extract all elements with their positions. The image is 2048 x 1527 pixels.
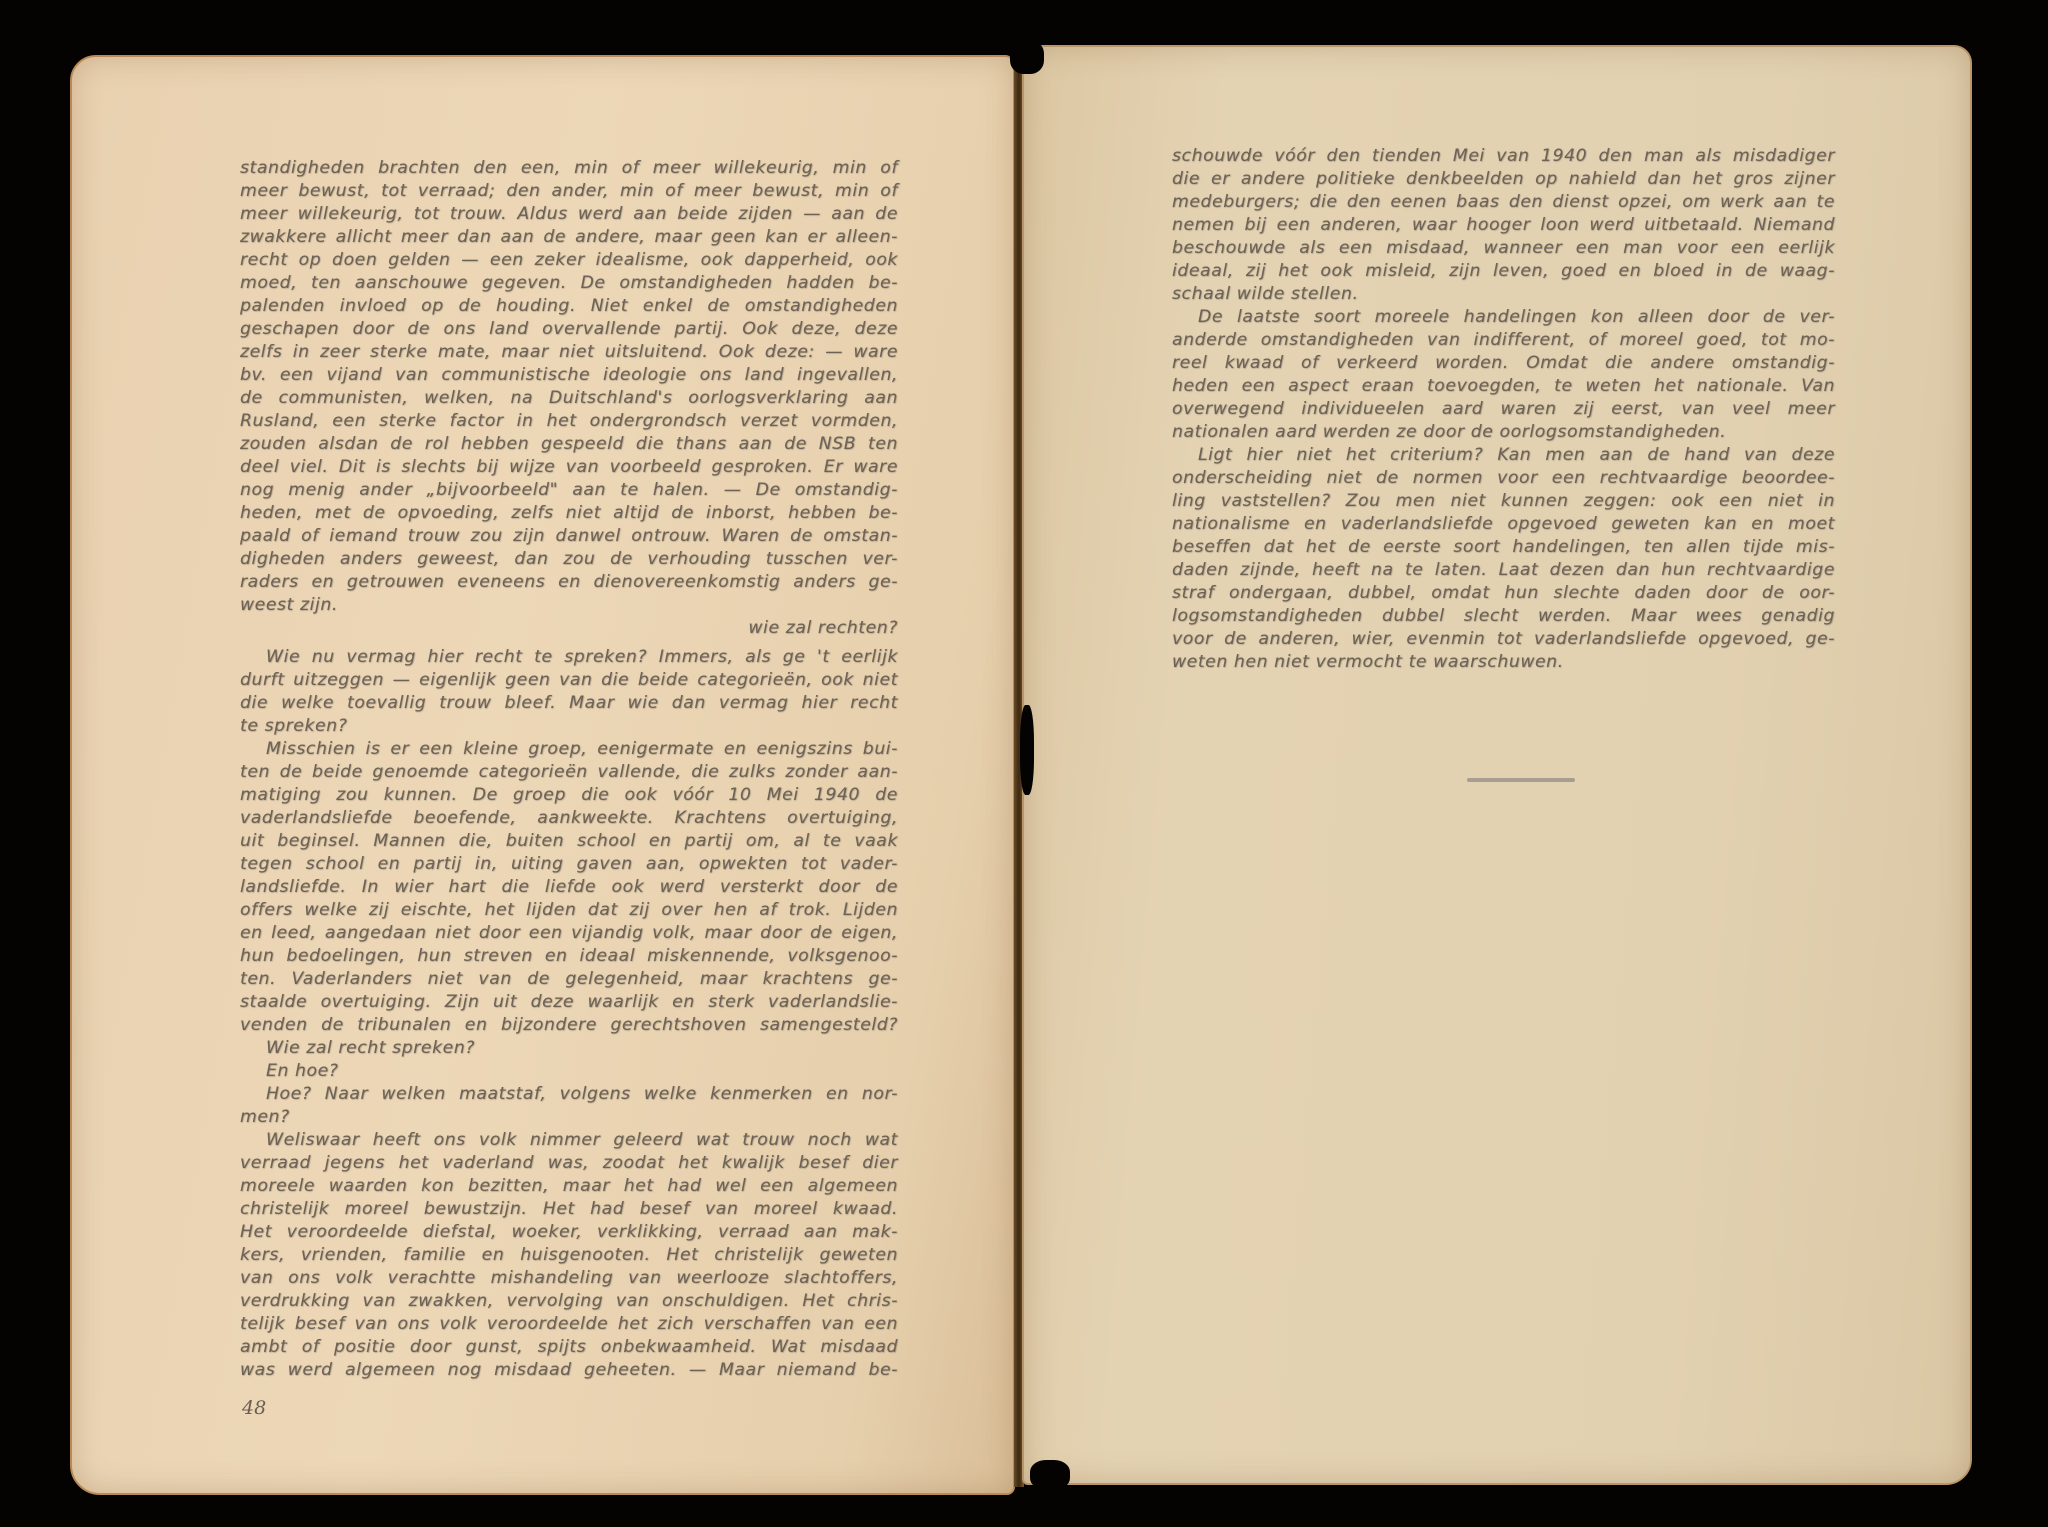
text-line: Wie zal recht spreken? [240, 1037, 898, 1060]
text-line: nog menig ander „bijvoorbeeld" aan te ha… [240, 479, 898, 502]
text-line: schouwde vóór den tienden Mei van 1940 d… [1172, 145, 1835, 168]
text-line: christelijk moreel bewustzijn. Het had b… [240, 1198, 898, 1221]
text-line: anderde omstandigheden van indifferent, … [1172, 329, 1835, 352]
text-line: venden de tribunalen en bijzondere gerec… [240, 1014, 898, 1037]
text-line: staalde overtuiging. Zijn uit deze waarl… [240, 991, 898, 1014]
text-line: reel kwaad of verkeerd worden. Omdat die… [1172, 352, 1835, 375]
text-line: Ligt hier niet het criterium? Kan men aa… [1172, 444, 1835, 467]
text-line: logsomstandigheden dubbel slecht werden.… [1172, 605, 1835, 628]
text-line: hun bedoelingen, hun streven en ideaal m… [240, 945, 898, 968]
right-page-text: schouwde vóór den tienden Mei van 1940 d… [1172, 145, 1835, 674]
text-line: moed, ten aanschouwe gegeven. De omstand… [240, 272, 898, 295]
text-line: was werd algemeen nog misdaad geheeten. … [240, 1359, 898, 1382]
text-line: meer bewust, tot verraad; den ander, min… [240, 180, 898, 203]
text-line: landsliefde. In wier hart die liefde ook… [240, 876, 898, 899]
left-page-text: standigheden brachten den een, min of me… [240, 157, 898, 1382]
page-number: 48 [242, 1397, 266, 1419]
text-line: paald of iemand trouw zou zijn danwel on… [240, 525, 898, 548]
text-line: weest zijn. [240, 594, 898, 617]
text-line: durft uitzeggen — eigenlijk geen van die… [240, 669, 898, 692]
text-line: Wie nu vermag hier recht te spreken? Imm… [240, 646, 898, 669]
text-line: Hoe? Naar welken maatstaf, volgens welke… [240, 1083, 898, 1106]
text-line: ambt of positie door gunst, spijts onbek… [240, 1336, 898, 1359]
text-line: weten hen niet vermocht te waarschuwen. [1172, 651, 1835, 674]
text-line: verdrukking van zwakken, vervolging van … [240, 1290, 898, 1313]
torn-edge-top [1010, 40, 1044, 74]
text-line: die er andere politieke denkbeelden op n… [1172, 168, 1835, 191]
text-line: raders en getrouwen eveneens en dienover… [240, 571, 898, 594]
text-line: nemen bij een anderen, waar hooger loon … [1172, 214, 1835, 237]
torn-edge-bottom [1030, 1460, 1070, 1490]
text-line: zelfs in zeer sterke mate, maar niet uit… [240, 341, 898, 364]
section-end-divider [1467, 778, 1575, 782]
text-line: deel viel. Dit is slechts bij wijze van … [240, 456, 898, 479]
text-line: matiging zou kunnen. De groep die ook vó… [240, 784, 898, 807]
text-line: die welke toevallig trouw bleef. Maar wi… [240, 692, 898, 715]
text-line: bv. een vijand van communistische ideolo… [240, 364, 898, 387]
torn-edge-middle [1020, 705, 1034, 795]
text-line: en leed, aangedaan niet door een vijandi… [240, 922, 898, 945]
text-line: medeburgers; die den eenen baas den dien… [1172, 191, 1835, 214]
text-line: voor de anderen, wier, evenmin tot vader… [1172, 628, 1835, 651]
text-line: recht op doen gelden — een zeker idealis… [240, 249, 898, 272]
text-line: men? [240, 1106, 898, 1129]
text-line: te spreken? [240, 715, 898, 738]
text-line: onderscheiding niet de normen voor een r… [1172, 467, 1835, 490]
text-line: offers welke zij eischte, het lijden dat… [240, 899, 898, 922]
text-line: ling vaststellen? Zou men niet kunnen ze… [1172, 490, 1835, 513]
text-line: beseffen dat het de eerste soort handeli… [1172, 536, 1835, 559]
text-line: telijk besef van ons volk veroordeelde h… [240, 1313, 898, 1336]
text-line: vaderlandsliefde beoefende, aankweekte. … [240, 807, 898, 830]
right-page: schouwde vóór den tienden Mei van 1940 d… [1022, 45, 1972, 1485]
text-line: ideaal, zij het ook misleid, zijn leven,… [1172, 260, 1835, 283]
text-line: De laatste soort moreele handelingen kon… [1172, 306, 1835, 329]
text-line: beschouwde als een misdaad, wanneer een … [1172, 237, 1835, 260]
text-line: daden zijnde, heeft na te laten. Laat de… [1172, 559, 1835, 582]
text-line: straf ondergaan, dubbel, omdat hun slech… [1172, 582, 1835, 605]
text-line: tegen school en partij in, uiting gaven … [240, 853, 898, 876]
text-line: geschapen door de ons land overvallende … [240, 318, 898, 341]
text-line: Weliswaar heeft ons volk nimmer geleerd … [240, 1129, 898, 1152]
text-line: van ons volk verachtte mishandeling van … [240, 1267, 898, 1290]
text-line: verraad jegens het vaderland was, zoodat… [240, 1152, 898, 1175]
text-line: heden, met de opvoeding, zelfs niet alti… [240, 502, 898, 525]
left-page: standigheden brachten den een, min of me… [70, 55, 1015, 1495]
text-line: meer willekeurig, tot trouw. Aldus werd … [240, 203, 898, 226]
text-line: nationalen aard werden ze door de oorlog… [1172, 421, 1835, 444]
text-line: zwakkere allicht meer dan aan de andere,… [240, 226, 898, 249]
text-line: ten de beide genoemde categorieën vallen… [240, 761, 898, 784]
text-line: de communisten, welken, na Duitschland's… [240, 387, 898, 410]
text-line: zouden alsdan de rol hebben gespeeld die… [240, 433, 898, 456]
text-line: moreele waarden kon bezitten, maar het h… [240, 1175, 898, 1198]
text-line: standigheden brachten den een, min of me… [240, 157, 898, 180]
text-line: Het veroordeelde diefstal, woeker, verkl… [240, 1221, 898, 1244]
text-line: nationalisme en vaderlandsliefde opgevoe… [1172, 513, 1835, 536]
text-line: Misschien is er een kleine groep, eenige… [240, 738, 898, 761]
text-line: uit beginsel. Mannen die, buiten school … [240, 830, 898, 853]
text-line: En hoe? [240, 1060, 898, 1083]
text-line: schaal wilde stellen. [1172, 283, 1835, 306]
text-line: kers, vrienden, familie en huisgenooten.… [240, 1244, 898, 1267]
text-line: palenden invloed op de houding. Niet enk… [240, 295, 898, 318]
text-line: Rusland, een sterke factor in het onderg… [240, 410, 898, 433]
text-line: overwegend individueelen aard waren zij … [1172, 398, 1835, 421]
text-line: ten. Vaderlanders niet van de gelegenhei… [240, 968, 898, 991]
text-line: digheden anders geweest, dan zou de verh… [240, 548, 898, 571]
section-heading: wie zal rechten? [240, 617, 898, 640]
text-line: heden een aspect eraan toevoegden, te we… [1172, 375, 1835, 398]
